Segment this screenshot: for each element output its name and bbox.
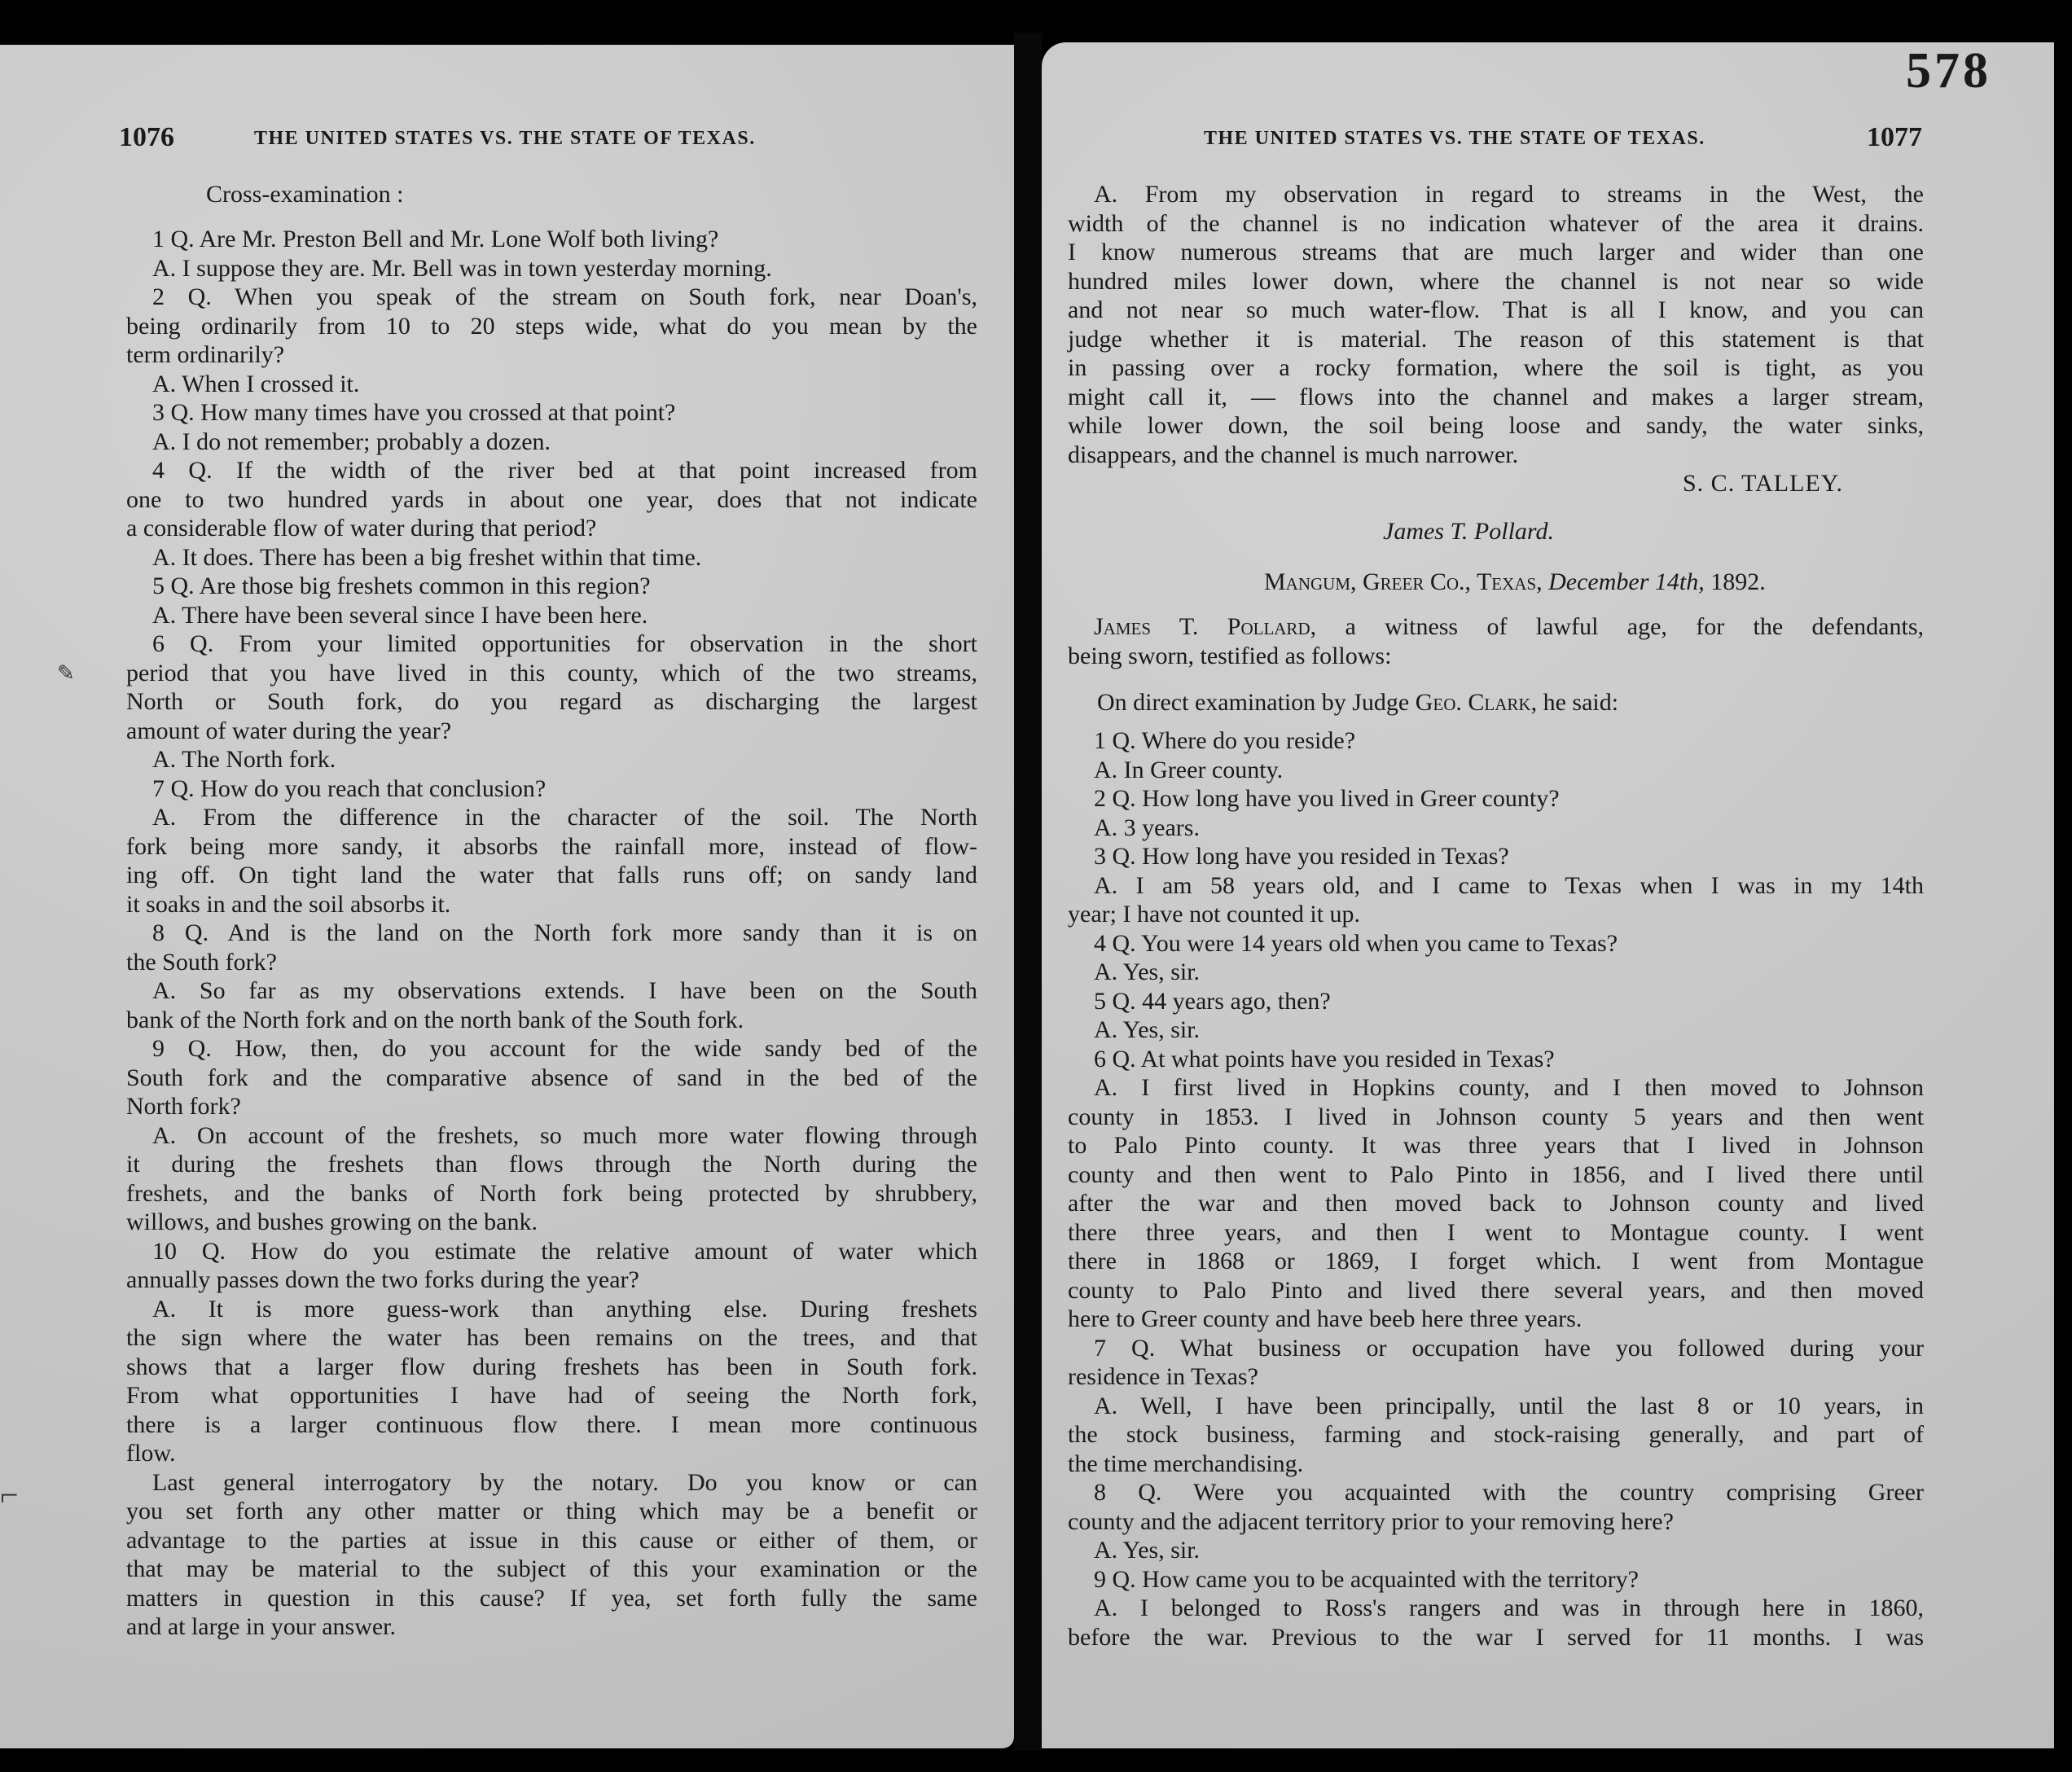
text-line: 4 Q. If the width of the river bed at th… (126, 456, 977, 485)
text-line: Last general interrogatory by the notary… (126, 1468, 977, 1498)
text-line: willows, and bushes growing on the bank. (126, 1208, 977, 1237)
witness-name: James T. Pollard, (1094, 613, 1316, 640)
text-line: it soaks in and the soil absorbs it. (126, 890, 977, 919)
text-line: A. It does. There has been a big freshet… (126, 543, 977, 572)
text-line: it during the freshets than flows throug… (126, 1150, 977, 1179)
text-line: 3 Q. How many times have you crossed at … (126, 398, 977, 428)
text-line: South fork and the comparative absence o… (126, 1064, 977, 1093)
date-text: December 14th, (1548, 568, 1705, 595)
text-line: ing off. On tight land the water that fa… (126, 861, 977, 890)
page-stamp-number: 578 (1906, 42, 1991, 100)
text-line: A. Yes, sir. (1068, 1536, 1924, 1565)
text-line: fork being more sandy, it absorbs the ra… (126, 832, 977, 862)
text-line: 7 Q. How do you reach that conclusion? (126, 774, 977, 804)
text-line: A. Yes, sir. (1068, 958, 1924, 987)
text-line: in passing over a rocky formation, where… (1068, 353, 1924, 383)
text-line: 9 Q. How, then, do you account for the w… (126, 1034, 977, 1064)
text-line: that may be material to the subject of t… (126, 1555, 977, 1584)
text-line: judge whether it is material. The reason… (1068, 325, 1924, 354)
text-line: there is a larger continuous flow there.… (126, 1410, 977, 1440)
text-line: a considerable flow of water during that… (126, 514, 977, 543)
text-line: A. I do not remember; probably a dozen. (126, 428, 977, 457)
text-line: bank of the North fork and on the north … (126, 1006, 977, 1035)
text-line: A. The North fork. (126, 745, 977, 774)
text-line: here to Greer county and have beeb here … (1068, 1305, 1924, 1334)
text-line: 9 Q. How came you to be acquainted with … (1068, 1565, 1924, 1594)
examiner-name: Geo. Clark, (1416, 689, 1537, 716)
intro-text: a witness of lawful age, for the defenda… (1316, 613, 1924, 640)
right-page-answer-block: A. From my observation in regard to stre… (1068, 180, 1924, 469)
text-line: 5 Q. 44 years ago, then? (1068, 987, 1924, 1016)
intro-line: James T. Pollard, a witness of lawful ag… (1068, 612, 1924, 642)
direct-examination-heading: On direct examination by Judge Geo. Clar… (1097, 689, 1618, 717)
text-line: North or South fork, do you regard as di… (126, 687, 977, 717)
text-line: A. I belonged to Ross's rangers and was … (1068, 1594, 1924, 1623)
text-line: I know numerous streams that are much la… (1068, 238, 1924, 267)
text-line: period that you have lived in this count… (126, 659, 977, 688)
ink-smudge-mark: ✎ (57, 661, 75, 686)
text-line: 8 Q. And is the land on the North fork m… (126, 919, 977, 948)
text-line: flow. (126, 1439, 977, 1468)
text-line: 3 Q. How long have you resided in Texas? (1068, 842, 1924, 871)
text-line: A. I first lived in Hopkins county, and … (1068, 1073, 1924, 1103)
text-line: North fork? (126, 1092, 977, 1121)
text-line: A. I am 58 years old, and I came to Texa… (1068, 871, 1924, 901)
text-line: width of the channel is no indication wh… (1068, 209, 1924, 239)
left-page-number: 1076 (119, 122, 174, 153)
text-line: annually passes down the two forks durin… (126, 1265, 977, 1295)
text-line: county and the adjacent territory prior … (1068, 1507, 1924, 1537)
witness-signature: S. C. TALLEY. (1683, 470, 1843, 498)
text-line: A. From my observation in regard to stre… (1068, 180, 1924, 209)
text-line: 6 Q. At what points have you resided in … (1068, 1045, 1924, 1074)
book-gutter (1014, 33, 1042, 1751)
text-line: term ordinarily? (126, 340, 977, 370)
text-line: the stock business, farming and stock-ra… (1068, 1420, 1924, 1450)
text-line: freshets, and the banks of North fork be… (126, 1179, 977, 1208)
text-line: 1 Q. Are Mr. Preston Bell and Mr. Lone W… (126, 225, 977, 254)
right-page-number: 1077 (1867, 122, 1922, 153)
text-line: there in 1868 or 1869, I forget which. I… (1068, 1247, 1924, 1276)
cross-examination-heading: Cross-examination : (206, 181, 403, 208)
witness-intro: James T. Pollard, a witness of lawful ag… (1068, 612, 1924, 670)
place-date-line: Mangum, Greer Co., Texas, December 14th,… (1264, 568, 1766, 596)
right-running-head: THE UNITED STATES VS. THE STATE OF TEXAS… (1204, 128, 1705, 150)
text-line: A. Yes, sir. (1068, 1015, 1924, 1045)
text-line: to Palo Pinto county. It was three years… (1068, 1131, 1924, 1160)
text-line: 4 Q. You were 14 years old when you came… (1068, 929, 1924, 958)
text-line: From what opportunities I have had of se… (126, 1381, 977, 1410)
text-line: A. When I crossed it. (126, 370, 977, 399)
text-line: 2 Q. When you speak of the stream on Sou… (126, 283, 977, 312)
text-line: A. It is more guess-work than anything e… (126, 1295, 977, 1324)
text-line: after the war and then moved back to Joh… (1068, 1189, 1924, 1218)
text-line: A. On account of the freshets, so much m… (126, 1121, 977, 1151)
text-line: before the war. Previous to the war I se… (1068, 1623, 1924, 1652)
text-line: A. From the difference in the character … (126, 803, 977, 832)
text-line: A. 3 years. (1068, 814, 1924, 843)
text-line: and at large in your answer. (126, 1612, 977, 1642)
text-line: matters in question in this cause? If ye… (126, 1584, 977, 1613)
text-line: being ordinarily from 10 to 20 steps wid… (126, 312, 977, 341)
direct-exam-suffix: he said: (1537, 689, 1618, 716)
text-line: while lower down, the soil being loose a… (1068, 411, 1924, 441)
text-line: A. There have been several since I have … (126, 601, 977, 630)
left-running-head: THE UNITED STATES VS. THE STATE OF TEXAS… (254, 128, 756, 150)
text-line: advantage to the parties at issue in thi… (126, 1526, 977, 1555)
intro-line: being sworn, testified as follows: (1068, 642, 1924, 671)
text-line: 5 Q. Are those big freshets common in th… (126, 572, 977, 601)
text-line: 6 Q. From your limited opportunities for… (126, 629, 977, 659)
text-line: 7 Q. What business or occupation have yo… (1068, 1334, 1924, 1363)
direct-exam-prefix: On direct examination by Judge (1097, 689, 1416, 716)
text-line: A. In Greer county. (1068, 756, 1924, 785)
text-line: 2 Q. How long have you lived in Greer co… (1068, 784, 1924, 814)
text-line: A. So far as my observations extends. I … (126, 976, 977, 1006)
text-line: shows that a larger flow during freshets… (126, 1353, 977, 1382)
witness-heading: James T. Pollard. (1383, 518, 1554, 546)
text-line: hundred miles lower down, where the chan… (1068, 267, 1924, 296)
text-line: you set forth any other matter or thing … (126, 1497, 977, 1526)
text-line: and not near so much water-flow. That is… (1068, 296, 1924, 325)
left-page-body: 1 Q. Are Mr. Preston Bell and Mr. Lone W… (126, 225, 977, 1642)
text-line: 1 Q. Where do you reside? (1068, 726, 1924, 756)
text-line: county to Palo Pinto and lived there sev… (1068, 1276, 1924, 1305)
text-line: 8 Q. Were you acquainted with the countr… (1068, 1478, 1924, 1507)
text-line: disappears, and the channel is much narr… (1068, 441, 1924, 470)
year-text: 1892. (1710, 568, 1766, 595)
text-line: the sign where the water has been remain… (126, 1323, 977, 1353)
text-line: amount of water during the year? (126, 717, 977, 746)
text-line: A. Well, I have been principally, until … (1068, 1392, 1924, 1421)
place-text: Mangum, Greer Co., Texas, (1264, 568, 1543, 595)
text-line: one to two hundred yards in about one ye… (126, 485, 977, 515)
text-line: county and then went to Palo Pinto in 18… (1068, 1160, 1924, 1190)
text-line: the time merchandising. (1068, 1450, 1924, 1479)
hand-drawn-bracket-mark: ⌐ (0, 1476, 19, 1514)
right-page-qa-block: 1 Q. Where do you reside?A. In Greer cou… (1068, 726, 1924, 1651)
text-line: 10 Q. How do you estimate the relative a… (126, 1237, 977, 1266)
text-line: county in 1853. I lived in Johnson count… (1068, 1103, 1924, 1132)
text-line: year; I have not counted it up. (1068, 900, 1924, 929)
text-line: might call it, — flows into the channel … (1068, 383, 1924, 412)
text-line: there three years, and then I went to Mo… (1068, 1218, 1924, 1248)
text-line: the South fork? (126, 948, 977, 977)
text-line: A. I suppose they are. Mr. Bell was in t… (126, 254, 977, 283)
text-line: residence in Texas? (1068, 1362, 1924, 1392)
